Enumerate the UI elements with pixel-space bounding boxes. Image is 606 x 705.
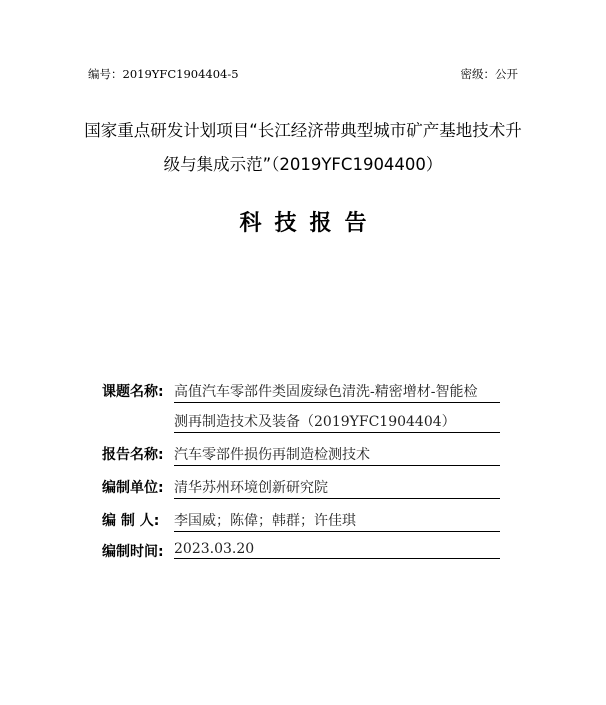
project-heading-line-1: 国家重点研发计划项目“长江经济带典型城市矿产基地技术升 — [60, 114, 546, 148]
field-value: 李国威；陈偉；韩群；许佳琪 — [174, 510, 500, 532]
classification-level: 密级：公开 — [461, 66, 519, 82]
page-title: 科技报告 — [0, 206, 606, 237]
field-label: 编 制 人: — [102, 510, 172, 530]
field-value-line-1: 高值汽车零部件类固废绿色清洗-精密增材-智能检 — [174, 381, 500, 403]
field-value: 2023.03.20 — [174, 541, 500, 559]
field-value: 清华苏州环境创新研究院 — [174, 477, 500, 499]
field-label: 课题名称: — [102, 381, 172, 401]
document-number: 编号：2019YFC1904404-5 — [88, 66, 239, 82]
field-value-line-2: 测再制造技术及装备（2019YFC1904404） — [174, 411, 500, 433]
project-heading-line-2: 级与集成示范”（2019YFC1904400） — [60, 148, 546, 182]
field-label: 编制时间: — [102, 541, 172, 561]
project-heading: 国家重点研发计划项目“长江经济带典型城市矿产基地技术升 级与集成示范”（2019… — [60, 114, 546, 182]
field-label: 编制单位: — [102, 477, 172, 497]
field-value: 汽车零部件损伤再制造检测技术 — [174, 444, 500, 466]
field-label: 报告名称: — [102, 444, 172, 464]
